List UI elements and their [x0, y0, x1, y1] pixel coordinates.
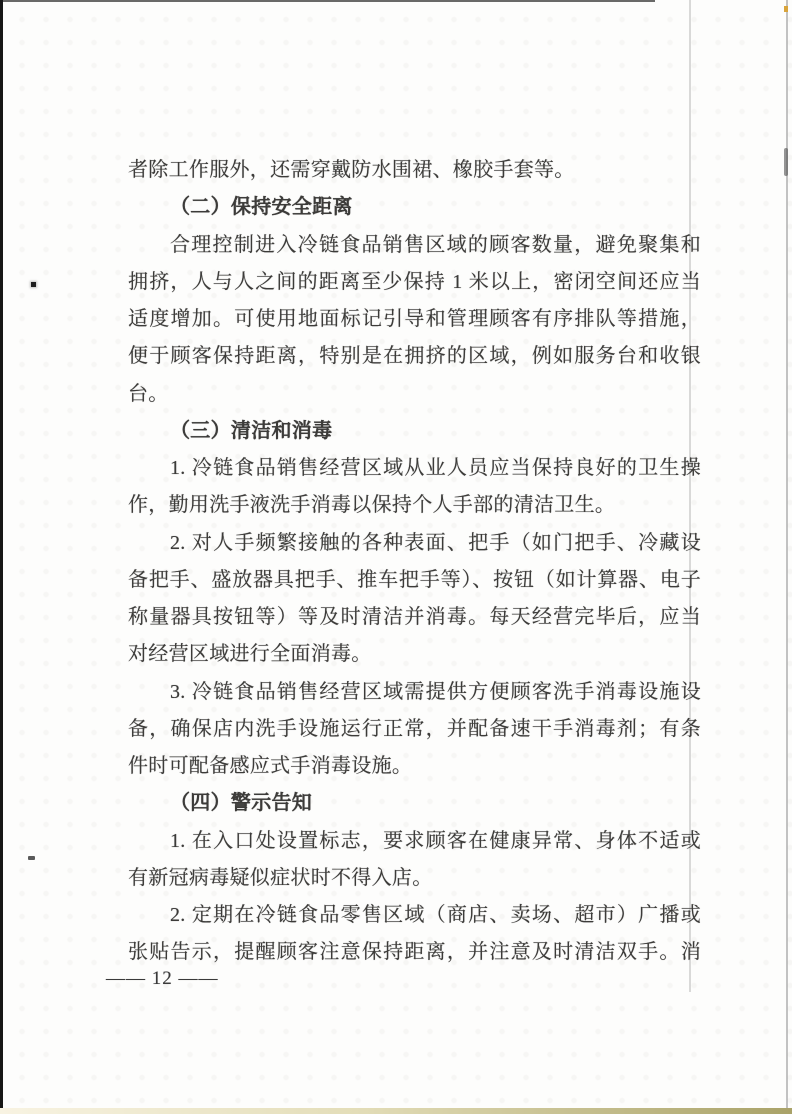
text-line: 备把手、盛放器具把手、推车把手等）、按钮（如计算器、电子 — [128, 562, 701, 599]
text-line: 合理控制进入冷链食品销售区域的顾客数量，避免聚集和 — [128, 227, 701, 264]
text-line: 1. 在入口处设置标志，要求顾客在健康异常、身体不适或 — [128, 823, 701, 860]
text-line: 拥挤，人与人之间的距离至少保持 1 米以上，密闭空间还应当 — [128, 264, 701, 301]
text-line: 作，勤用洗手液洗手消毒以保持个人手部的清洁卫生。 — [128, 487, 701, 524]
section-heading-line: （二）保持安全距离 — [128, 189, 701, 226]
ink-speck — [28, 856, 35, 860]
section-heading-line: （四）警示告知 — [128, 785, 701, 822]
ink-speck — [31, 282, 36, 287]
text-line: 备，确保店内洗手设施运行正常，并配备速干手消毒剂；有条 — [128, 711, 701, 748]
text-line: 适度增加。可使用地面标记引导和管理顾客有序排队等措施， — [128, 301, 701, 338]
text-line: 台。 — [128, 376, 701, 413]
text-line: 2. 对人手频繁接触的各种表面、把手（如门把手、冷藏设 — [128, 525, 701, 562]
scan-right-edge-mark — [784, 148, 788, 176]
scan-left-edge — [0, 0, 3, 1114]
text-line: 者除工作服外，还需穿戴防水围裙、橡胶手套等。 — [128, 152, 701, 189]
text-line: 称量器具按钮等）等及时清洁并消毒。每天经营完毕后，应当 — [128, 599, 701, 636]
scanned-document-page: 者除工作服外，还需穿戴防水围裙、橡胶手套等。（二）保持安全距离合理控制进入冷链食… — [0, 0, 792, 1114]
document-body: 者除工作服外，还需穿戴防水围裙、橡胶手套等。（二）保持安全距离合理控制进入冷链食… — [128, 152, 701, 972]
text-line: 2. 定期在冷链食品零售区域（商店、卖场、超市）广播或 — [128, 897, 701, 934]
text-line: 对经营区域进行全面消毒。 — [128, 636, 701, 673]
section-heading-line: （三）清洁和消毒 — [128, 413, 701, 450]
text-line: 张贴告示，提醒顾客注意保持距离，并注意及时清洁双手。消 — [128, 934, 701, 971]
text-line: 1. 冷链食品销售经营区域从业人员应当保持良好的卫生操 — [128, 450, 701, 487]
scan-bottom-edge — [0, 1108, 792, 1114]
text-line: 便于顾客保持距离，特别是在拥挤的区域，例如服务台和收银 — [128, 338, 701, 375]
page-number-footer: —— 12 —— — [106, 968, 219, 990]
text-line: 有新冠病毒疑似症状时不得入店。 — [128, 860, 701, 897]
scan-artifact-speck — [784, 6, 788, 12]
scan-top-edge — [0, 0, 655, 2]
text-line: 件时可配备感应式手消毒设施。 — [128, 748, 701, 785]
text-line: 3. 冷链食品销售经营区域需提供方便顾客洗手消毒设施设 — [128, 674, 701, 711]
